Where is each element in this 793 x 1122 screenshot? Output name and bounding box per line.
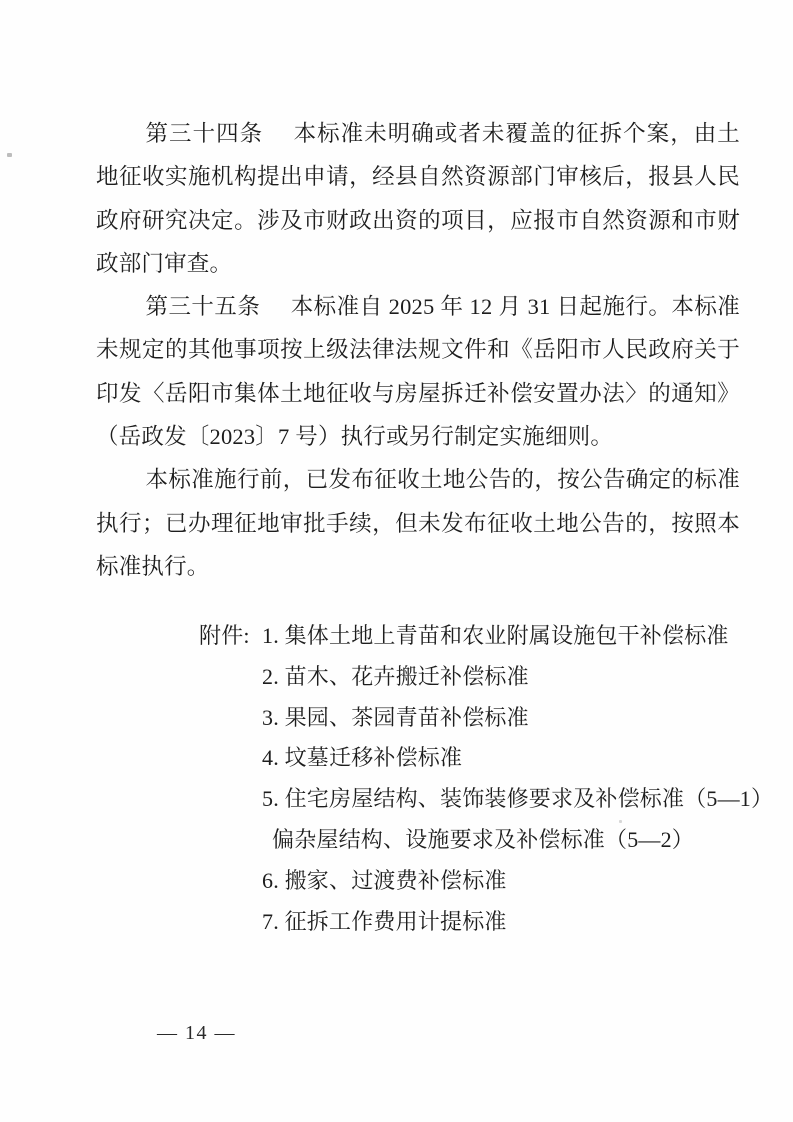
attachments-section: 附件: 1. 集体土地上青苗和农业附属设施包干补偿标准 2. 苗木、花卉搬迁补偿… [199,616,773,942]
attachments-list: 1. 集体土地上青苗和农业附属设施包干补偿标准 2. 苗木、花卉搬迁补偿标准 3… [262,616,773,942]
paragraph-article-34: 第三十四条本标准未明确或者未覆盖的征拆个案，由土地征收实施机构提出申请，经县自然… [96,112,740,285]
attachments-label: 附件: [199,616,262,942]
transitional-provision-text: 本标准施行前，已发布征收土地公告的，按公告确定的标准执行；已办理征地审批手续，但… [96,467,740,579]
article-35-heading: 第三十五条 [146,294,261,319]
article-34-heading: 第三十四条 [146,121,264,146]
attachment-item-3: 3. 果园、茶园青苗补偿标准 [262,698,773,739]
attachment-item-1: 1. 集体土地上青苗和农业附属设施包干补偿标准 [262,616,773,657]
document-page: 第三十四条本标准未明确或者未覆盖的征拆个案，由土地征收实施机构提出申请，经县自然… [0,0,793,1122]
page-number: — 14 — [157,1022,236,1045]
attachment-item-7: 7. 征拆工作费用计提标准 [262,902,773,943]
paragraph-article-35: 第三十五条本标准自 2025 年 12 月 31 日起施行。本标准未规定的其他事… [96,285,740,458]
attachment-item-2: 2. 苗木、花卉搬迁补偿标准 [262,657,773,698]
attachment-item-6: 6. 搬家、过渡费补偿标准 [262,861,773,902]
attachment-item-5-continuation: 偏杂屋结构、设施要求及补偿标准（5—2） [262,820,773,861]
attachment-item-4: 4. 坟墓迁移补偿标准 [262,738,773,779]
paragraph-transitional-provision: 本标准施行前，已发布征收土地公告的，按公告确定的标准执行；已办理征地审批手续，但… [96,458,740,588]
scan-artifact [7,153,12,157]
attachment-item-5: 5. 住宅房屋结构、装饰装修要求及补偿标准（5—1） [262,779,773,820]
document-body: 第三十四条本标准未明确或者未覆盖的征拆个案，由土地征收实施机构提出申请，经县自然… [96,112,740,588]
scan-artifact [619,820,622,823]
